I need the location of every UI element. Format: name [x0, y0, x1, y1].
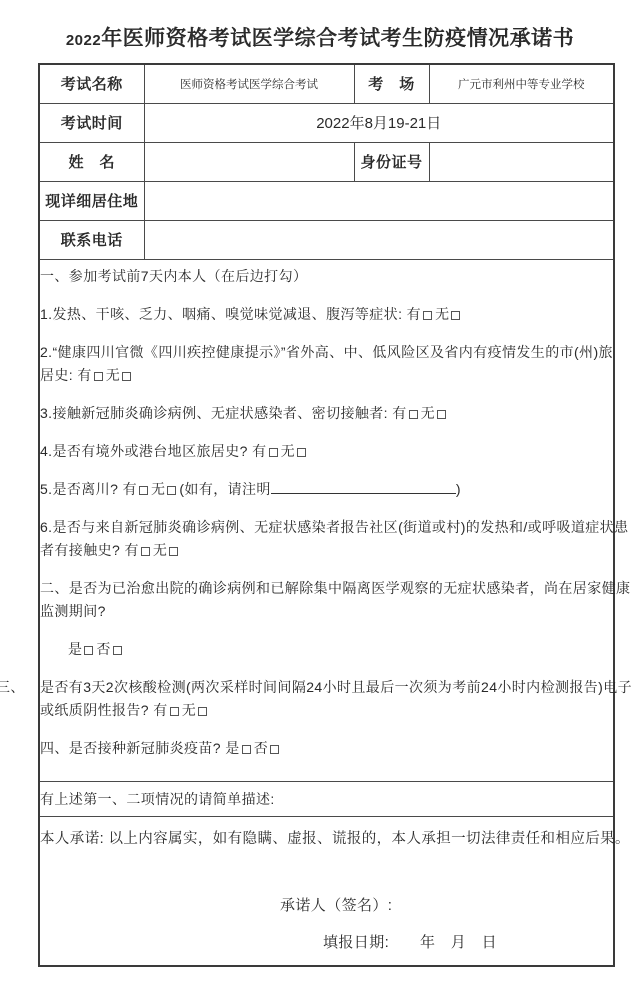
- section3-question: 三、是否有3天2次核酸检测(两次采样时间间隔24小时且最后一次须为考前24小时内…: [40, 676, 613, 722]
- q5-yes-checkbox[interactable]: [139, 486, 148, 495]
- covid-commitment-form: 2022年医师资格考试医学综合考试考生防疫情况承诺书 考试名称 医师资格考试医学…: [0, 0, 640, 1000]
- signature-blank[interactable]: [392, 898, 472, 910]
- date-line: 填报日期: 年 月 日: [323, 931, 613, 954]
- row-exam-name: 考试名称 医师资格考试医学综合考试 考 场 广元市利州中等专业学校: [39, 64, 614, 103]
- question-3: 3.接触新冠肺炎确诊病例、无症状感染者、密切接触者: 有无: [40, 402, 613, 425]
- section4-question: 四、是否接种新冠肺炎疫苗? 是否: [40, 737, 613, 760]
- address-label: 现详细居住地: [39, 181, 144, 220]
- signer-line: 承诺人（签名）:: [280, 894, 613, 917]
- section3-no-checkbox[interactable]: [198, 707, 207, 716]
- promise-cell: 本人承诺: 以上内容属实，如有隐瞒、虚报、谎报的，本人承担一切法律责任和相应后果…: [39, 816, 614, 966]
- id-field[interactable]: [429, 142, 614, 181]
- signer-label: 承诺人（签名）:: [280, 897, 392, 914]
- phone-field[interactable]: [144, 220, 614, 259]
- question-6: 6.是否与来自新冠肺炎确诊病例、无症状感染者报告社区(街道或村)的发热和/或呼吸…: [40, 516, 613, 562]
- q4-no-checkbox[interactable]: [297, 448, 306, 457]
- exam-name-label: 考试名称: [39, 64, 144, 103]
- q2-no-checkbox[interactable]: [122, 372, 131, 381]
- q3-no-checkbox[interactable]: [437, 410, 446, 419]
- describe-label: 有上述第一、二项情况的请简单描述:: [40, 791, 275, 807]
- phone-label: 联系电话: [39, 220, 144, 259]
- question-5: 5.是否离川? 有无(如有，请注明): [40, 478, 613, 501]
- section2-answer: 是否: [68, 638, 613, 661]
- section4-yes-checkbox[interactable]: [242, 745, 251, 754]
- section2-no-checkbox[interactable]: [113, 646, 122, 655]
- venue-value: 广元市利州中等专业学校: [429, 64, 614, 103]
- title-year: 2022: [66, 32, 101, 49]
- describe-cell: 有上述第一、二项情况的请简单描述:: [39, 781, 614, 816]
- row-promise: 本人承诺: 以上内容属实，如有隐瞒、虚报、谎报的，本人承担一切法律责任和相应后果…: [39, 816, 614, 966]
- q2-yes-checkbox[interactable]: [94, 372, 103, 381]
- section1-heading: 一、参加考试前7天内本人（在后边打勾）: [40, 265, 613, 288]
- form-table: 考试名称 医师资格考试医学综合考试 考 场 广元市利州中等专业学校 考试时间 2…: [38, 63, 615, 967]
- q4-yes-checkbox[interactable]: [269, 448, 278, 457]
- q5-note-blank[interactable]: [271, 481, 456, 494]
- q3-yes-checkbox[interactable]: [409, 410, 418, 419]
- questionnaire-cell: 一、参加考试前7天内本人（在后边打勾） 1.发热、干咳、乏力、咽痛、嗅觉味觉减退…: [39, 259, 614, 781]
- row-questionnaire: 一、参加考试前7天内本人（在后边打勾） 1.发热、干咳、乏力、咽痛、嗅觉味觉减退…: [39, 259, 614, 781]
- describe-blank[interactable]: [275, 792, 535, 804]
- date-label: 填报日期: 年 月 日: [323, 934, 497, 951]
- q6-yes-checkbox[interactable]: [141, 547, 150, 556]
- name-field[interactable]: [144, 142, 354, 181]
- row-name-id: 姓 名 身份证号: [39, 142, 614, 181]
- q1-yes-checkbox[interactable]: [423, 311, 432, 320]
- address-field[interactable]: [144, 181, 614, 220]
- row-address: 现详细居住地: [39, 181, 614, 220]
- section3-yes-checkbox[interactable]: [170, 707, 179, 716]
- page-title: 2022年医师资格考试医学综合考试考生防疫情况承诺书: [0, 22, 640, 52]
- section4-no-checkbox[interactable]: [270, 745, 279, 754]
- question-4: 4.是否有境外或港台地区旅居史? 有无: [40, 440, 613, 463]
- section3-marker: 三、: [0, 676, 25, 699]
- section2-yes-checkbox[interactable]: [84, 646, 93, 655]
- promise-statement: 本人承诺: 以上内容属实，如有隐瞒、虚报、谎报的，本人承担一切法律责任和相应后果…: [40, 828, 613, 851]
- venue-label: 考 场: [354, 64, 429, 103]
- row-exam-time: 考试时间 2022年8月19-21日: [39, 103, 614, 142]
- question-2: 2.“健康四川官微《四川疾控健康提示》”省外高、中、低风险区及省内有疫情发生的市…: [40, 341, 613, 387]
- q5-no-checkbox[interactable]: [167, 486, 176, 495]
- exam-time-label: 考试时间: [39, 103, 144, 142]
- q1-no-checkbox[interactable]: [451, 311, 460, 320]
- row-phone: 联系电话: [39, 220, 614, 259]
- name-label: 姓 名: [39, 142, 144, 181]
- exam-time-value: 2022年8月19-21日: [144, 103, 614, 142]
- q6-no-checkbox[interactable]: [169, 547, 178, 556]
- exam-name-value: 医师资格考试医学综合考试: [144, 64, 354, 103]
- id-label: 身份证号: [354, 142, 429, 181]
- title-text: 年医师资格考试医学综合考试考生防疫情况承诺书: [101, 27, 574, 50]
- row-describe: 有上述第一、二项情况的请简单描述:: [39, 781, 614, 816]
- section2-question: 二、是否为已治愈出院的确诊病例和已解除集中隔离医学观察的无症状感染者，尚在居家健…: [40, 577, 613, 623]
- question-1: 1.发热、干咳、乏力、咽痛、嗅觉味觉减退、腹泻等症状: 有无: [40, 303, 613, 326]
